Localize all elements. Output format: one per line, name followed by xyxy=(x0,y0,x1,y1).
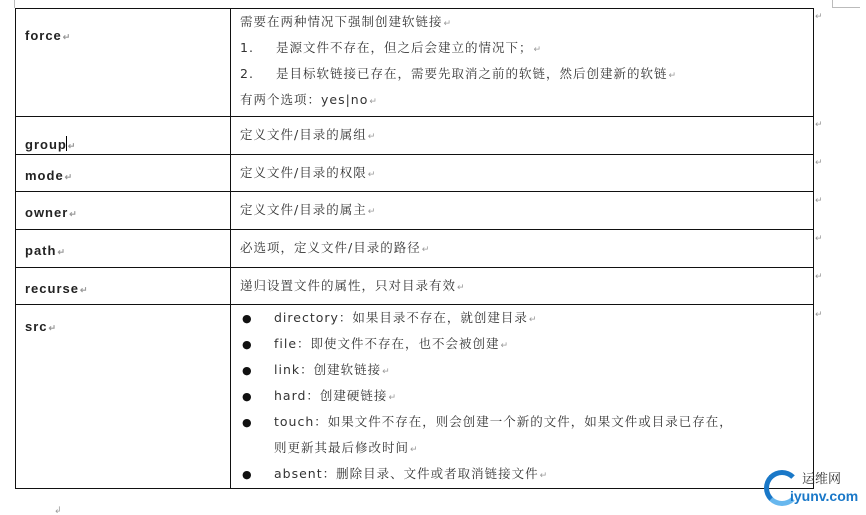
param-name: mode↵ xyxy=(16,155,230,183)
paragraph-mark-icon: ↵ xyxy=(422,245,430,255)
list-number: 1. xyxy=(240,35,276,61)
paragraph-mark-icon: ↵ xyxy=(368,207,376,217)
description-line: 递归设置文件的属性，只对目录有效↵ xyxy=(231,273,813,299)
description-line: 定义文件/目录的权限↵ xyxy=(231,160,813,186)
description-line: 需要在两种情况下强制创建软链接↵ xyxy=(231,9,813,35)
bullet-item: ●touch：如果文件不存在，则会创建一个新的文件，如果文件或目录已存在， xyxy=(231,409,813,435)
watermark-logo: 运维网 iyunv.com xyxy=(764,468,864,512)
bullet-icon: ● xyxy=(240,358,274,384)
bullet-icon: ● xyxy=(240,410,274,436)
row-end-mark-icon: ↵ xyxy=(815,12,823,22)
bullet-item: ●file：即使文件不存在，也不会被创建↵ xyxy=(231,331,813,357)
logo-text-cn: 运维网 xyxy=(802,468,841,487)
param-description-cell: 定义文件/目录的属主↵ xyxy=(231,192,814,230)
paragraph-mark-end: ↲ xyxy=(54,506,62,515)
paragraph-mark-icon: ↵ xyxy=(534,45,542,55)
param-name: recurse↵ xyxy=(16,268,230,296)
paragraph-mark-icon: ↵ xyxy=(368,132,376,142)
paragraph-mark-icon: ↵ xyxy=(669,71,677,81)
table-row-group: group↵定义文件/目录的属组↵ xyxy=(16,117,814,155)
bullet-item: ●absent：删除目录、文件或者取消链接文件↵ xyxy=(231,461,813,487)
param-name: path↵ xyxy=(16,230,230,258)
param-key-cell: group↵ xyxy=(16,117,231,155)
description-line: 有两个选项：yes|no↵ xyxy=(231,87,813,113)
row-end-mark-icon: ↵ xyxy=(815,158,823,168)
row-end-mark-icon: ↵ xyxy=(815,310,823,320)
parameter-table: force↵需要在两种情况下强制创建软链接↵1.是源文件不存在，但之后会建立的情… xyxy=(15,8,814,489)
description-line: 则更新其最后修改时间↵ xyxy=(231,435,813,461)
paragraph-mark-icon: ↵ xyxy=(382,367,390,377)
param-key-cell: mode↵ xyxy=(16,155,231,192)
param-key-cell: src↵ xyxy=(16,305,231,489)
paragraph-mark-icon: ↵ xyxy=(388,393,396,403)
row-end-mark-icon: ↵ xyxy=(815,120,823,130)
param-description-cell: 递归设置文件的属性，只对目录有效↵ xyxy=(231,268,814,305)
page-corner-marker-right-h xyxy=(832,7,860,8)
paragraph-mark-icon: ↵ xyxy=(80,285,88,295)
param-key-cell: owner↵ xyxy=(16,192,231,230)
paragraph-mark-icon: ↵ xyxy=(68,141,76,151)
param-description-cell: 定义文件/目录的权限↵ xyxy=(231,155,814,192)
page-corner-marker-right xyxy=(832,0,833,7)
table-row-path: path↵必选项，定义文件/目录的路径↵ xyxy=(16,230,814,268)
page-corner-marker-left xyxy=(14,0,15,8)
bullet-item: ●hard：创建硬链接↵ xyxy=(231,383,813,409)
table-row-owner: owner↵定义文件/目录的属主↵ xyxy=(16,192,814,230)
paragraph-mark-icon: ↵ xyxy=(501,341,509,351)
description-line: 定义文件/目录的属组↵ xyxy=(231,122,813,148)
param-key-cell: path↵ xyxy=(16,230,231,268)
param-description-cell: 定义文件/目录的属组↵ xyxy=(231,117,814,155)
numbered-item: 2.是目标软链接已存在，需要先取消之前的软链，然后创建新的软链↵ xyxy=(231,61,813,87)
param-description-cell: 必选项，定义文件/目录的路径↵ xyxy=(231,230,814,268)
param-key-cell: recurse↵ xyxy=(16,268,231,305)
description-line: 定义文件/目录的属主↵ xyxy=(231,197,813,223)
table-row-mode: mode↵定义文件/目录的权限↵ xyxy=(16,155,814,192)
bullet-item: ●directory：如果目录不存在，就创建目录↵ xyxy=(231,305,813,331)
row-end-mark-icon: ↵ xyxy=(815,196,823,206)
param-name: owner↵ xyxy=(16,192,230,220)
param-key-cell: force↵ xyxy=(16,9,231,117)
numbered-item: 1.是源文件不存在，但之后会建立的情况下；↵ xyxy=(231,35,813,61)
bullet-icon: ● xyxy=(240,462,274,488)
param-description-cell: 需要在两种情况下强制创建软链接↵1.是源文件不存在，但之后会建立的情况下；↵2.… xyxy=(231,9,814,117)
paragraph-mark-icon: ↵ xyxy=(69,209,77,219)
paragraph-mark-icon: ↵ xyxy=(540,471,548,481)
text-cursor-ibeam xyxy=(66,136,67,151)
paragraph-mark-icon: ↵ xyxy=(444,19,452,29)
paragraph-mark-icon: ↵ xyxy=(529,315,537,325)
bullet-icon: ● xyxy=(240,332,274,358)
table-row-recurse: recurse↵递归设置文件的属性，只对目录有效↵ xyxy=(16,268,814,305)
row-end-mark-icon: ↵ xyxy=(815,272,823,282)
list-number: 2. xyxy=(240,61,276,87)
bullet-item: ●link：创建软链接↵ xyxy=(231,357,813,383)
param-name: force↵ xyxy=(16,9,230,43)
bullet-icon: ● xyxy=(240,306,274,332)
param-description-cell: ●directory：如果目录不存在，就创建目录↵●file：即使文件不存在，也… xyxy=(231,305,814,489)
row-end-mark-icon: ↵ xyxy=(815,234,823,244)
paragraph-mark-icon: ↵ xyxy=(457,283,465,293)
param-name: src↵ xyxy=(16,305,230,334)
logo-text-en: iyunv.com xyxy=(790,488,858,504)
table-row-src: src↵●directory：如果目录不存在，就创建目录↵●file：即使文件不… xyxy=(16,305,814,489)
paragraph-mark-icon: ↵ xyxy=(410,445,418,455)
param-name: group↵ xyxy=(16,117,230,152)
paragraph-mark-icon: ↵ xyxy=(57,247,65,257)
paragraph-mark-icon: ↵ xyxy=(368,170,376,180)
bullet-icon: ● xyxy=(240,384,274,410)
paragraph-mark-icon: ↵ xyxy=(49,323,57,333)
paragraph-mark-icon: ↵ xyxy=(369,97,377,107)
paragraph-mark-icon: ↵ xyxy=(65,172,73,182)
paragraph-mark-icon: ↵ xyxy=(63,32,71,42)
description-line: 必选项，定义文件/目录的路径↵ xyxy=(231,235,813,261)
table-row-force: force↵需要在两种情况下强制创建软链接↵1.是源文件不存在，但之后会建立的情… xyxy=(16,9,814,117)
